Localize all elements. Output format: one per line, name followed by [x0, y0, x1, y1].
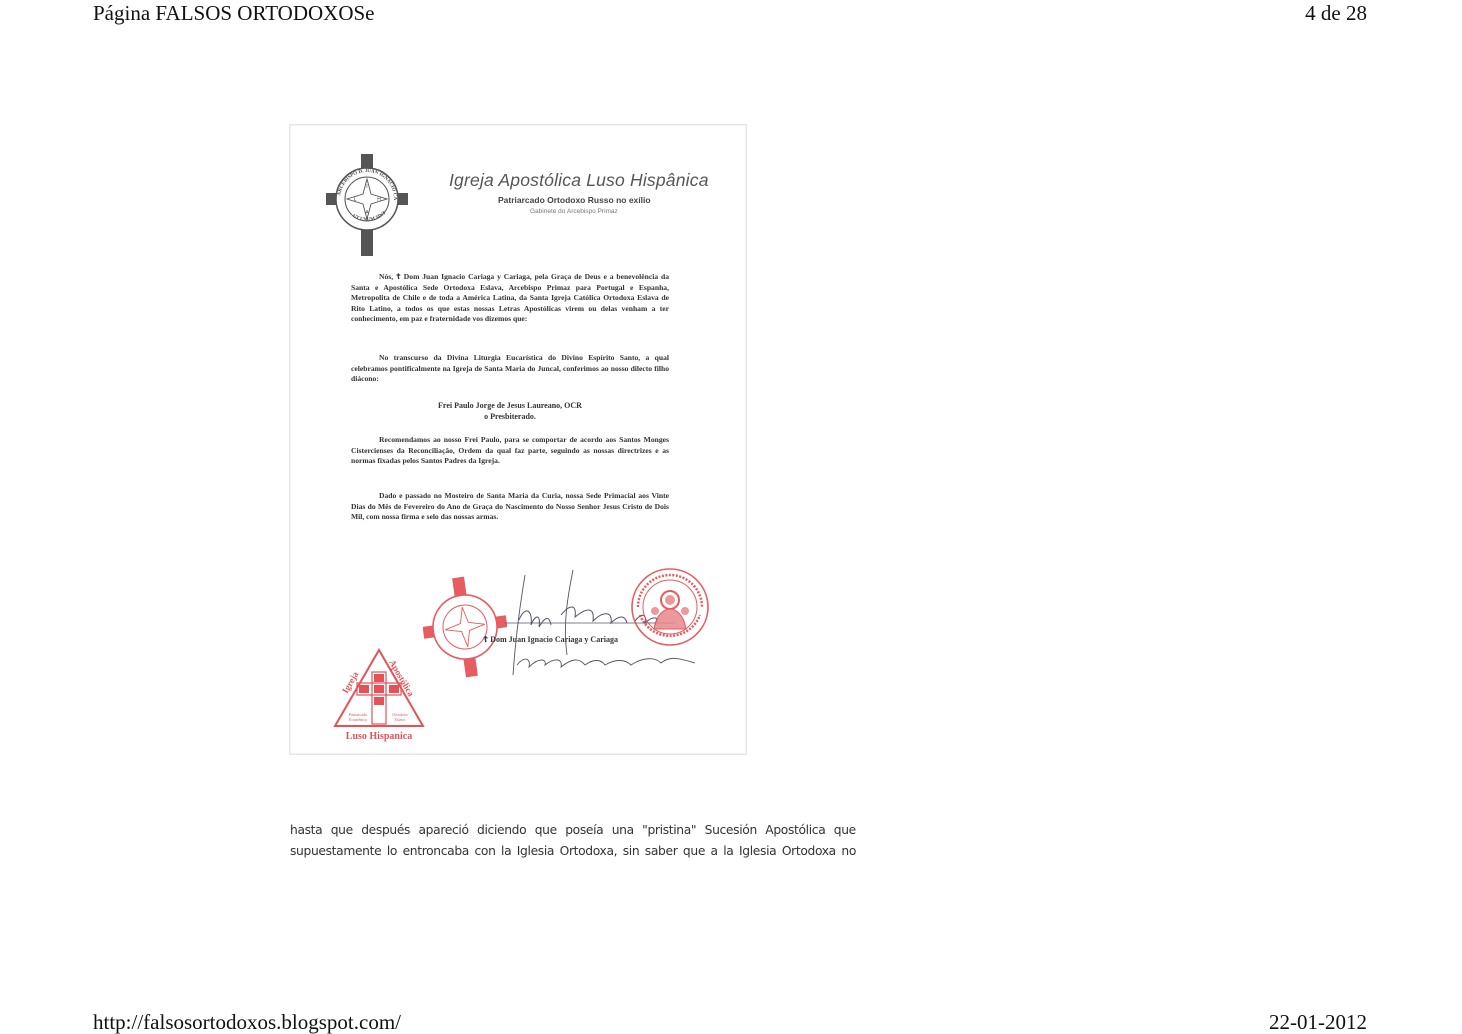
article-text: hastaquedespuésapareciódiciendoqueposeía…: [290, 820, 856, 862]
footer-url-link[interactable]: http://falsosortodoxos.blogspot.com/: [93, 1010, 401, 1034]
signatory-name: ☦ Dom Juan Ignacio Cariaga y Cariaga: [483, 635, 618, 644]
svg-text:Ecuménico: Ecuménico: [349, 717, 367, 722]
paragraph-text: Dado e passado no Mosteiro de Santa Mari…: [351, 491, 669, 523]
red-icon-seal-stamp-icon: [630, 567, 710, 647]
ordinand-name: Frei Paulo Jorge de Jesus Laureano, OCR: [351, 401, 669, 412]
scanned-certificate-image: I L H A ARCEBISPO D. JUAN IGNACIO CARIAG…: [289, 124, 747, 755]
svg-text:H: H: [377, 197, 381, 203]
page-number-indicator: 4 de 28: [1305, 1, 1367, 25]
paragraph-text: Recomendamos ao nosso Frei Paulo, para s…: [351, 435, 669, 467]
svg-text:L: L: [354, 197, 357, 203]
certificate-paragraph: Recomendamos ao nosso Frei Paulo, para s…: [351, 435, 669, 467]
ordinand-block: Frei Paulo Jorge de Jesus Laureano, OCR …: [351, 401, 669, 422]
red-triangle-stamp-icon: Patriarcado Ecuménico Ortodoxo Eslavo Ig…: [331, 646, 427, 742]
page-header-title: Página FALSOS ORTODOXOSe: [93, 1, 374, 25]
article-line: supuestamenteloentroncabaconlaIglesiaOrt…: [290, 841, 856, 862]
certificate-paragraph: Dado e passado no Mosteiro de Santa Mari…: [351, 491, 669, 523]
paragraph-text: No transcurso da Divina Liturgia Eucarís…: [351, 353, 669, 385]
letterhead-office: Gabinete do Arcebispo Primaz: [530, 208, 618, 215]
svg-text:Luso Hispanica: Luso Hispanica: [346, 731, 412, 742]
article-line: hastaquedespuésapareciódiciendoqueposeía…: [290, 820, 856, 841]
ordinand-order: o Presbiterado.: [351, 412, 669, 423]
certificate-paragraph: Nós, ☦ Dom Juan Ignacio Cariaga y Cariag…: [351, 272, 669, 325]
certificate-paragraph: No transcurso da Divina Liturgia Eucarís…: [351, 353, 669, 385]
svg-text:Eslavo: Eslavo: [395, 717, 406, 722]
letterhead-subtitle: Patriarcado Ortodoxo Russo no exílio: [498, 195, 651, 205]
footer-date: 22-01-2012: [1269, 1010, 1367, 1034]
letterhead-title: Igreja Apostólica Luso Hispânica: [449, 170, 709, 191]
svg-text:I: I: [366, 184, 367, 190]
cross-seal-icon: I L H A ARCEBISPO D. JUAN IGNACIO CARIAG…: [326, 154, 408, 256]
paragraph-text: Nós, ☦ Dom Juan Ignacio Cariaga y Cariag…: [351, 272, 669, 325]
